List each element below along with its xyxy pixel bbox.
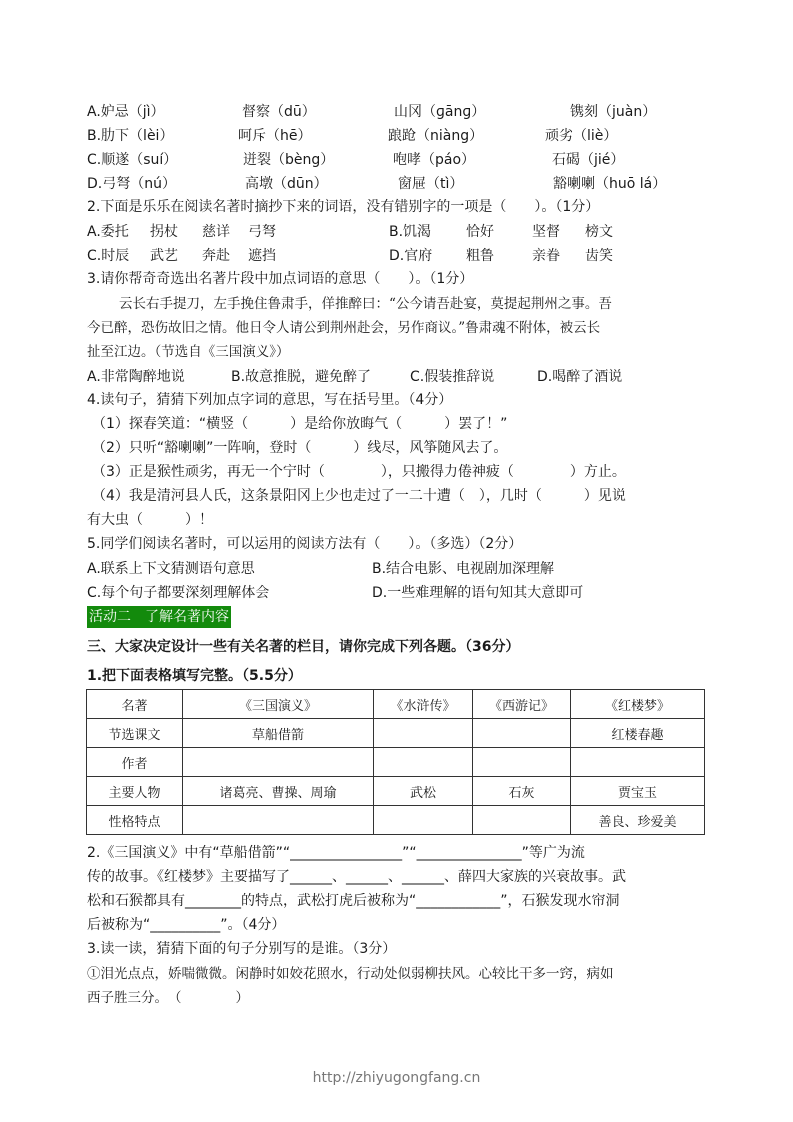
q4-item-4: （4）我是清河县人氏，这条景阳冈上少也走过了一二十遭（ ），几时（ ）见说 xyxy=(92,486,626,506)
table-cell: 节选课文 xyxy=(87,719,183,748)
q1-b-1: B.肋下（lèi） xyxy=(87,125,173,145)
q2-d-3: 亲眷 xyxy=(532,245,560,265)
q1-d-1: D.弓弩（nú） xyxy=(87,173,176,193)
table-cell: 《水浒传》 xyxy=(374,690,473,719)
q1-b-4: 顽劣（liè） xyxy=(545,125,617,145)
q3-option-c: C.假装推辞说 xyxy=(410,366,494,386)
q5-option-b: B.结合电影、电视剧加深理解 xyxy=(372,558,554,578)
classics-table: 名著 《三国演义》 《水浒传》 《西游记》 《红楼梦》 节选课文 草船借箭 红楼… xyxy=(86,689,705,835)
q2-c-1: C.时辰 xyxy=(87,245,129,265)
table-cell: 性格特点 xyxy=(87,806,183,835)
s3q2-line-3: 松和石猴都具有________的特点，武松打虎后被称为“____________… xyxy=(87,891,620,911)
q2-b-3: 坚督 xyxy=(532,221,560,241)
q4-item-4-cont: 有大虫（ ）！ xyxy=(87,510,213,530)
table-cell: 武松 xyxy=(374,777,473,806)
exam-page: A.妒忌（jì） 督察（dū） 山冈（ɡānɡ） 镌刻（juàn） B.肋下（l… xyxy=(0,0,793,1122)
table-cell[interactable] xyxy=(374,806,473,835)
q1-c-3: 咆哮（páo） xyxy=(393,149,475,169)
table-cell[interactable] xyxy=(183,748,374,777)
s3q2-line-2: 传的故事。《红楼梦》主要描写了______、______、______、薛四大家… xyxy=(87,867,626,887)
q3-option-b: B.故意推脱，避免醉了 xyxy=(231,366,371,386)
q2-b-2: 恰好 xyxy=(466,221,494,241)
q1-a-3: 山冈（ɡānɡ） xyxy=(394,101,485,121)
q4-prompt: 4.读句子，猜猜下列加点字词的意思，写在括号里。（4分） xyxy=(87,390,452,410)
table-cell: 草船借箭 xyxy=(183,719,374,748)
table-cell[interactable] xyxy=(571,748,705,777)
table-row: 主要人物 诸葛亮、曹操、周瑜 武松 石灰 贾宝玉 xyxy=(87,777,705,806)
q2-a-2: 拐杖 xyxy=(150,221,178,241)
q3-passage-line-2: 今已醉，恐伤故旧之情。他日令人请公到荆州赴会，另作商议。”鲁肃魂不附体，被云长 xyxy=(87,318,600,338)
s3q1-prompt: 1.把下面表格填写完整。（5.5分） xyxy=(87,666,302,686)
q1-c-2: 迸裂（bèng） xyxy=(243,149,334,169)
table-cell: 红楼春趣 xyxy=(571,719,705,748)
q1-d-2: 高墩（dūn） xyxy=(245,173,328,193)
activity-banner: 活动二 了解名著内容 xyxy=(87,606,231,628)
s3q3-line-1: ①泪光点点，娇喘微微。闲静时如姣花照水，行动处似弱柳扶风。心较比干多一窍，病如 xyxy=(87,964,614,984)
q4-item-1: （1）探春笑道：“横竖（ ）是给你放晦气（ ）罢了！” xyxy=(92,414,507,434)
table-cell[interactable] xyxy=(473,748,571,777)
q4-item-3: （3）正是猴性顽劣，再无一个宁时（ ），只搬得力倦神疲（ ）方止。 xyxy=(92,462,626,482)
table-cell: 主要人物 xyxy=(87,777,183,806)
q1-a-1: A.妒忌（jì） xyxy=(87,101,165,121)
q2-d-1: D.官府 xyxy=(389,245,432,265)
table-row: 节选课文 草船借箭 红楼春趣 xyxy=(87,719,705,748)
q2-c-3: 奔赴 xyxy=(202,245,230,265)
table-cell: 善良、珍爱美 xyxy=(571,806,705,835)
q1-c-1: C.顺遂（suí） xyxy=(87,149,177,169)
q4-item-2: （2）只听“豁喇喇”一阵响，登时（ ）线尽，风筝随风去了。 xyxy=(92,438,507,458)
table-cell[interactable] xyxy=(374,748,473,777)
q1-a-2: 督察（dū） xyxy=(242,101,316,121)
table-cell: 作者 xyxy=(87,748,183,777)
q5-prompt: 5.同学们阅读名著时，可以运用的阅读方法有（ ）。（多选）（2分） xyxy=(87,534,522,554)
table-cell: 石灰 xyxy=(473,777,571,806)
q1-d-3: 窗屉（tì） xyxy=(398,173,463,193)
q5-option-c: C.每个句子都要深刻理解体会 xyxy=(87,582,269,602)
table-cell: 《红楼梦》 xyxy=(571,690,705,719)
s3q3-line-2: 西子胜三分。 （ ） xyxy=(87,988,249,1008)
q2-c-2: 武艺 xyxy=(150,245,178,265)
table-cell: 贾宝玉 xyxy=(571,777,705,806)
q1-b-2: 呵斥（hē） xyxy=(238,125,312,145)
q3-passage-line-3: 扯至江边。（节选自《三国演义》） xyxy=(87,342,290,362)
q2-d-4: 齿笑 xyxy=(585,245,613,265)
q1-d-4: 豁喇喇（huō lá） xyxy=(553,173,666,193)
q2-a-1: A.委托 xyxy=(87,221,129,241)
section3-title: 三、大家决定设计一些有关名著的栏目，请你完成下列各题。（36分） xyxy=(87,637,519,657)
table-cell: 诸葛亮、曹操、周瑜 xyxy=(183,777,374,806)
table-cell[interactable] xyxy=(473,719,571,748)
table-row: 作者 xyxy=(87,748,705,777)
q5-option-a: A.联系上下文猜测语句意思 xyxy=(87,558,255,578)
q1-c-4: 石碣（jié） xyxy=(552,149,624,169)
q5-option-d: D.一些难理解的语句知其大意即可 xyxy=(372,582,583,602)
q3-option-d: D.喝醉了酒说 xyxy=(537,366,622,386)
q2-c-4: 遮挡 xyxy=(248,245,276,265)
footer-url: http://zhiyugongfang.cn xyxy=(0,1070,793,1086)
q2-d-2: 粗鲁 xyxy=(466,245,494,265)
table-cell[interactable] xyxy=(473,806,571,835)
table-cell: 《三国演义》 xyxy=(183,690,374,719)
table-cell: 名著 xyxy=(87,690,183,719)
q3-passage-line-1: 云长右手提刀，左手挽住鲁肃手，佯推醉曰：“公今请吾赴宴，莫提起荆州之事。吾 xyxy=(119,294,612,314)
q1-a-4: 镌刻（juàn） xyxy=(570,101,656,121)
table-row: 名著 《三国演义》 《水浒传》 《西游记》 《红楼梦》 xyxy=(87,690,705,719)
table-cell[interactable] xyxy=(183,806,374,835)
q2-prompt: 2.下面是乐乐在阅读名著时摘抄下来的词语，没有错别字的一项是（ ）。（1分） xyxy=(87,197,599,217)
q3-prompt: 3.请你帮奇奇选出名著片段中加点词语的意思（ ）。（1分） xyxy=(87,269,473,289)
q1-b-3: 踉跄（niàng） xyxy=(388,125,483,145)
q3-option-a: A.非常陶醉地说 xyxy=(87,366,185,386)
table-cell: 《西游记》 xyxy=(473,690,571,719)
table-row: 性格特点 善良、珍爱美 xyxy=(87,806,705,835)
s3q2-line-1: 2.《三国演义》中有“草船借箭”“________________”“_____… xyxy=(87,843,585,863)
q2-a-3: 慈详 xyxy=(202,221,230,241)
s3q3-prompt: 3.读一读，猜猜下面的句子分别写的是谁。（3分） xyxy=(87,939,396,959)
q2-a-4: 弓弩 xyxy=(248,221,276,241)
s3q2-line-4: 后被称为“__________”。（4分） xyxy=(87,915,285,935)
q2-b-4: 榜文 xyxy=(585,221,613,241)
q2-b-1: B.饥渴 xyxy=(389,221,431,241)
table-cell[interactable] xyxy=(374,719,473,748)
